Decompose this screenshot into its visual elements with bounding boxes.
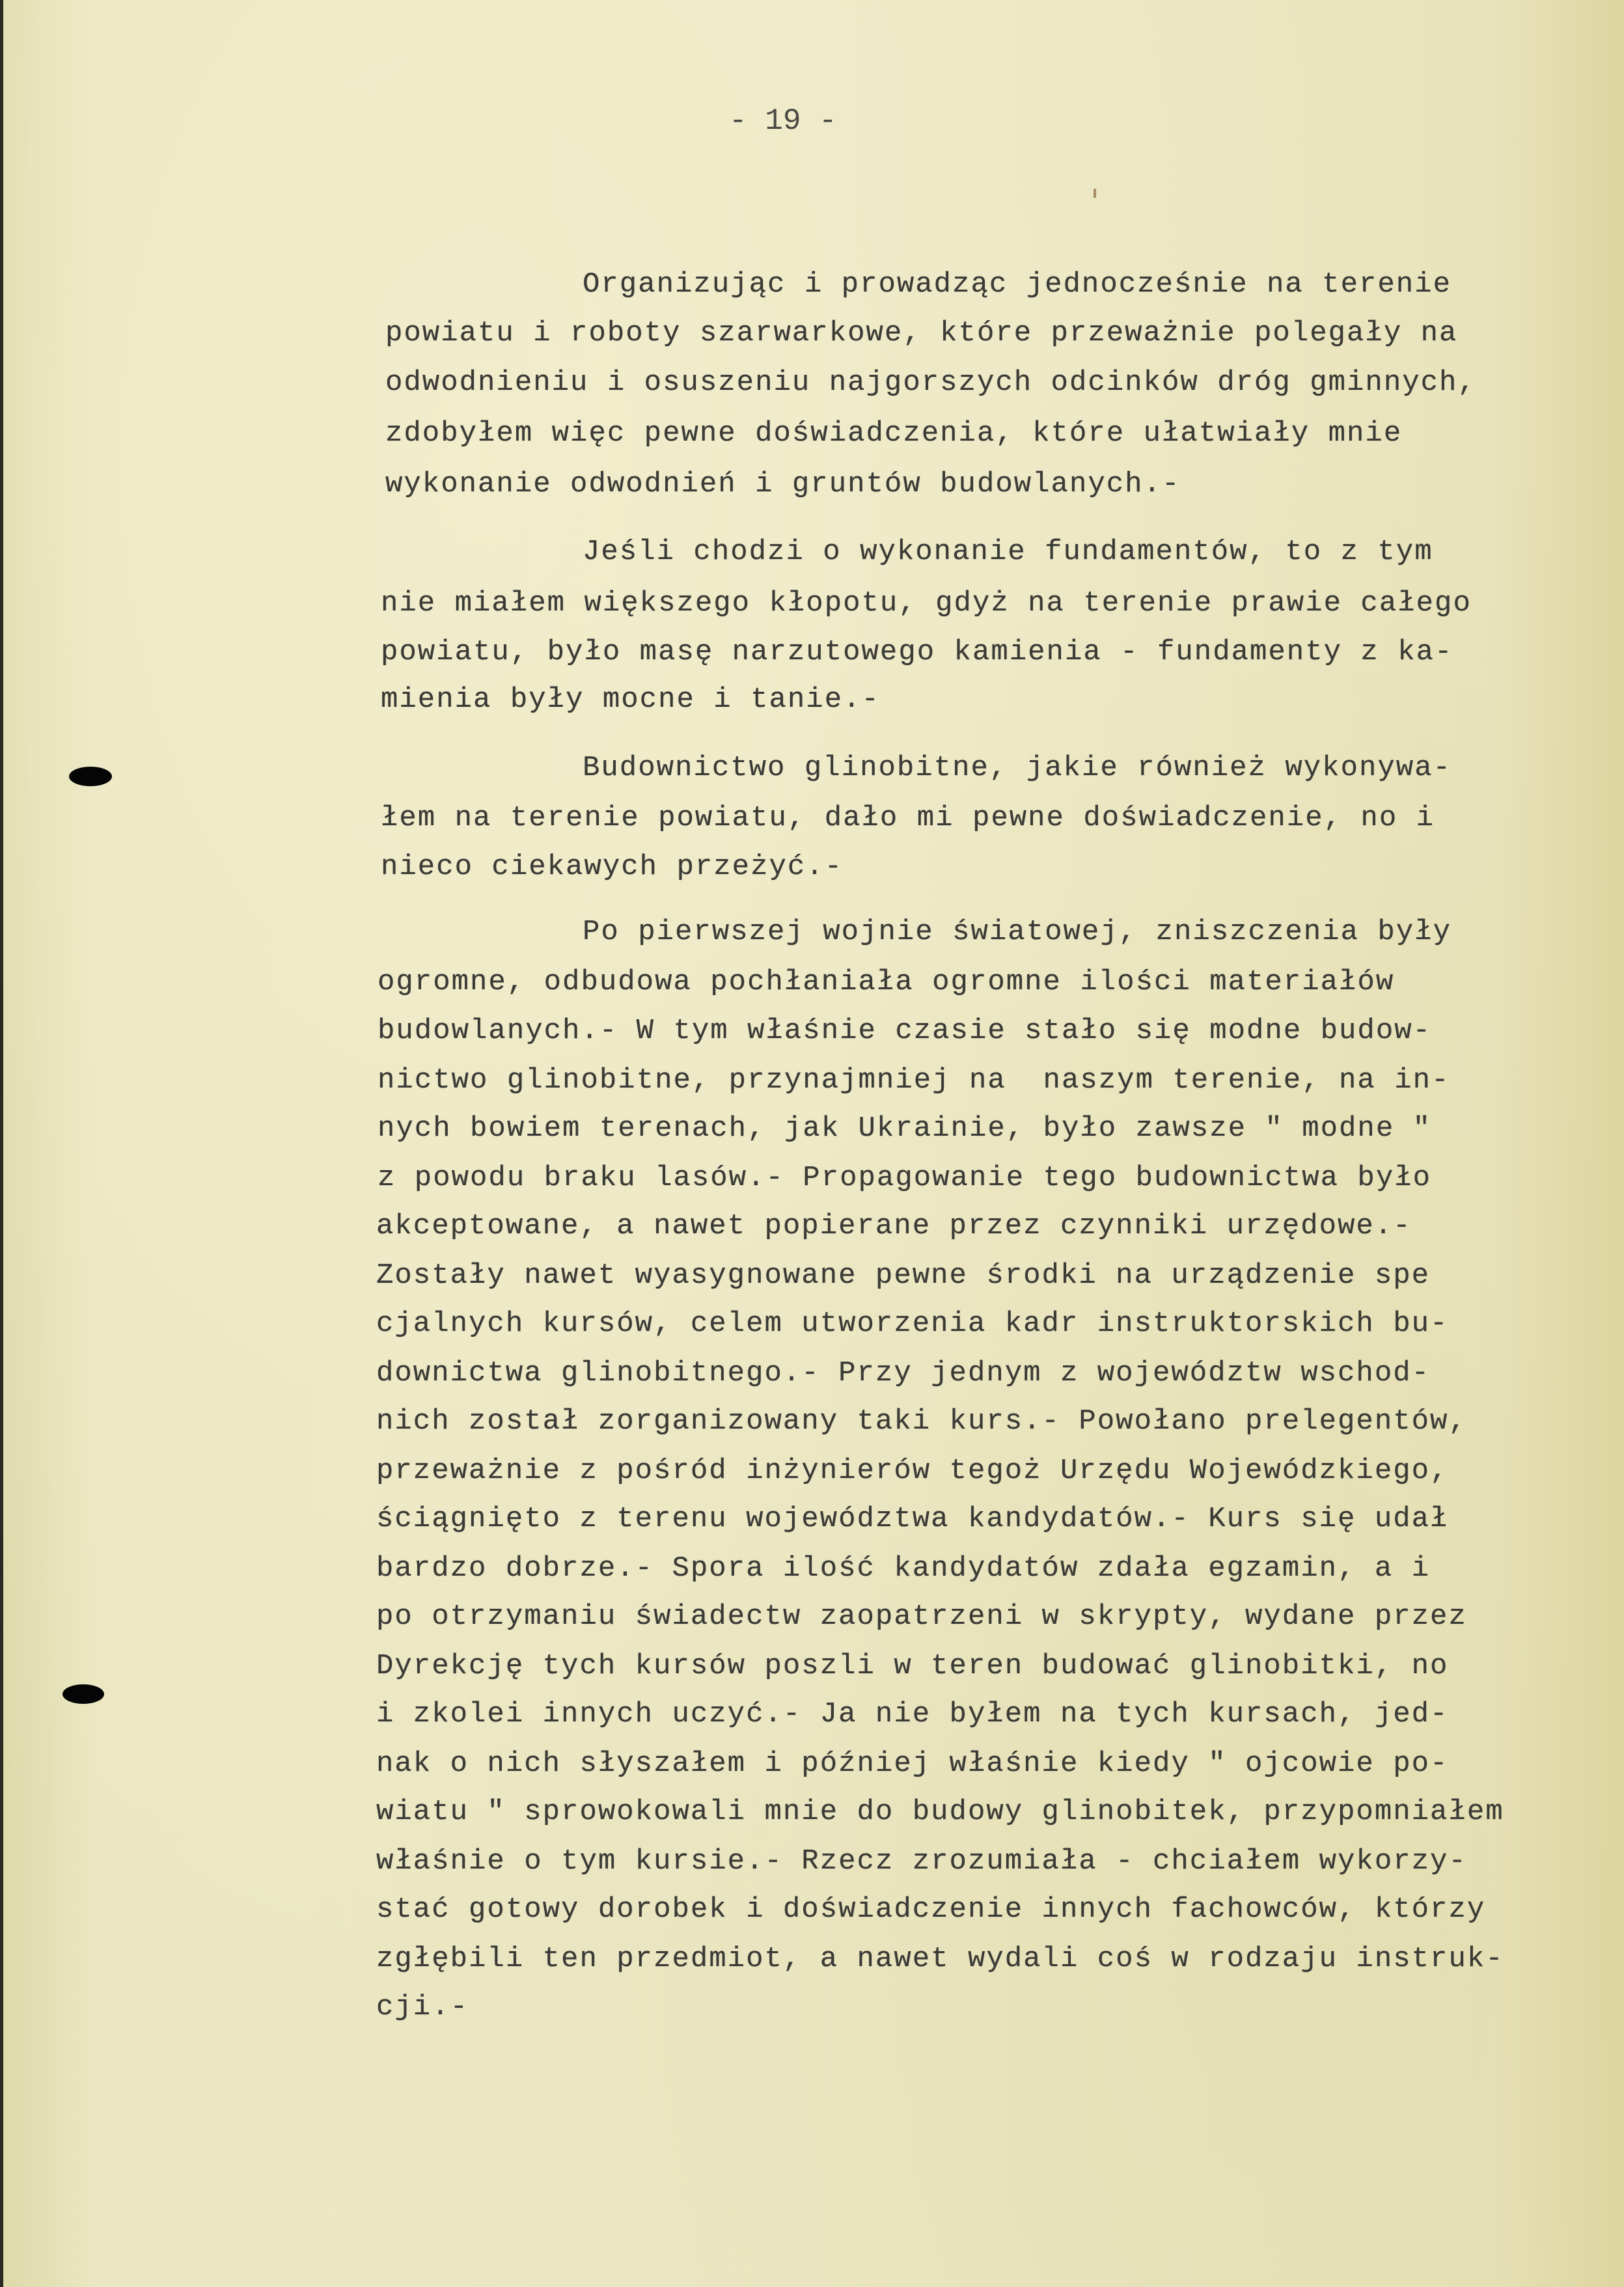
text-line: zgłębili ten przedmiot, a nawet wydali c… bbox=[376, 1945, 1504, 1973]
text-line: Jeśli chodzi o wykonanie fundamentów, to… bbox=[583, 538, 1433, 566]
text-line: mienia były mocne i tanie.- bbox=[381, 685, 880, 714]
text-line: ogromne, odbudowa pochłaniała ogromne il… bbox=[378, 968, 1394, 996]
text-line: Budownictwo glinobitne, jakie również wy… bbox=[583, 754, 1452, 782]
text-line: budowlanych.- W tym właśnie czasie stało… bbox=[378, 1017, 1431, 1045]
text-line: stać gotowy dorobek i doświadczenie inny… bbox=[376, 1895, 1485, 1924]
text-line: Dyrekcję tych kursów poszli w teren budo… bbox=[376, 1652, 1448, 1680]
text-line: nictwo glinobitne, przynajmniej na naszy… bbox=[378, 1066, 1450, 1095]
text-line: nak o nich słyszałem i później właśnie k… bbox=[376, 1749, 1448, 1778]
text-line: przeważnie z pośród inżynierów tegoż Urz… bbox=[376, 1457, 1448, 1485]
text-line: Po pierwszej wojnie światowej, zniszczen… bbox=[583, 918, 1452, 946]
punch-hole-top bbox=[69, 767, 112, 786]
text-line: właśnie o tym kursie.- Rzecz zrozumiała … bbox=[376, 1847, 1467, 1876]
text-line: wiatu " sprowokowali mnie do budowy glin… bbox=[376, 1798, 1504, 1826]
text-line: akceptowane, a nawet popierane przez czy… bbox=[376, 1212, 1412, 1240]
text-line: nie miałem większego kłopotu, gdyż na te… bbox=[381, 589, 1472, 618]
text-line: z powodu braku lasów.- Propagowanie tego… bbox=[378, 1164, 1431, 1192]
text-line: zdobyłem więc pewne doświadczenia, które… bbox=[385, 419, 1402, 448]
text-line: łem na terenie powiatu, dało mi pewne do… bbox=[381, 804, 1435, 832]
text-line: nich został zorganizowany taki kurs.- Po… bbox=[376, 1407, 1467, 1436]
text-line: nych bowiem terenach, jak Ukrainie, było… bbox=[378, 1114, 1431, 1143]
text-line: ściągnięto z terenu województwa kandydat… bbox=[376, 1505, 1448, 1533]
text-line: cjalnych kursów, celem utworzenia kadr i… bbox=[376, 1309, 1448, 1338]
text-line: po otrzymaniu świadectw zaopatrzeni w sk… bbox=[376, 1602, 1467, 1631]
text-line: cji.- bbox=[376, 1993, 469, 2021]
paper-speck bbox=[1094, 189, 1096, 198]
text-line: wykonanie odwodnień i gruntów budowlanyc… bbox=[385, 470, 1180, 499]
text-line: bardzo dobrze.- Spora ilość kandydatów z… bbox=[376, 1554, 1430, 1583]
text-line: i zkolei innych uczyć.- Ja nie byłem na … bbox=[376, 1700, 1448, 1729]
text-line: Zostały nawet wyasygnowane pewne środki … bbox=[376, 1261, 1430, 1290]
text-line: nieco ciekawych przeżyć.- bbox=[381, 853, 843, 881]
text-line: odwodnieniu i osuszeniu najgorszych odci… bbox=[385, 368, 1476, 397]
page-number: - 19 - bbox=[729, 104, 837, 138]
text-line: downictwa glinobitnego.- Przy jednym z w… bbox=[376, 1359, 1430, 1388]
text-line: powiatu, było masę narzutowego kamienia … bbox=[381, 638, 1453, 666]
scan-edge bbox=[0, 0, 3, 2287]
text-line: powiatu i roboty szarwarkowe, które prze… bbox=[385, 319, 1457, 348]
typewritten-page: - 19 - Organizując i prowadząc jednocześ… bbox=[0, 0, 1624, 2287]
text-line: Organizując i prowadząc jednocześnie na … bbox=[583, 270, 1452, 299]
punch-hole-bottom bbox=[62, 1684, 104, 1704]
